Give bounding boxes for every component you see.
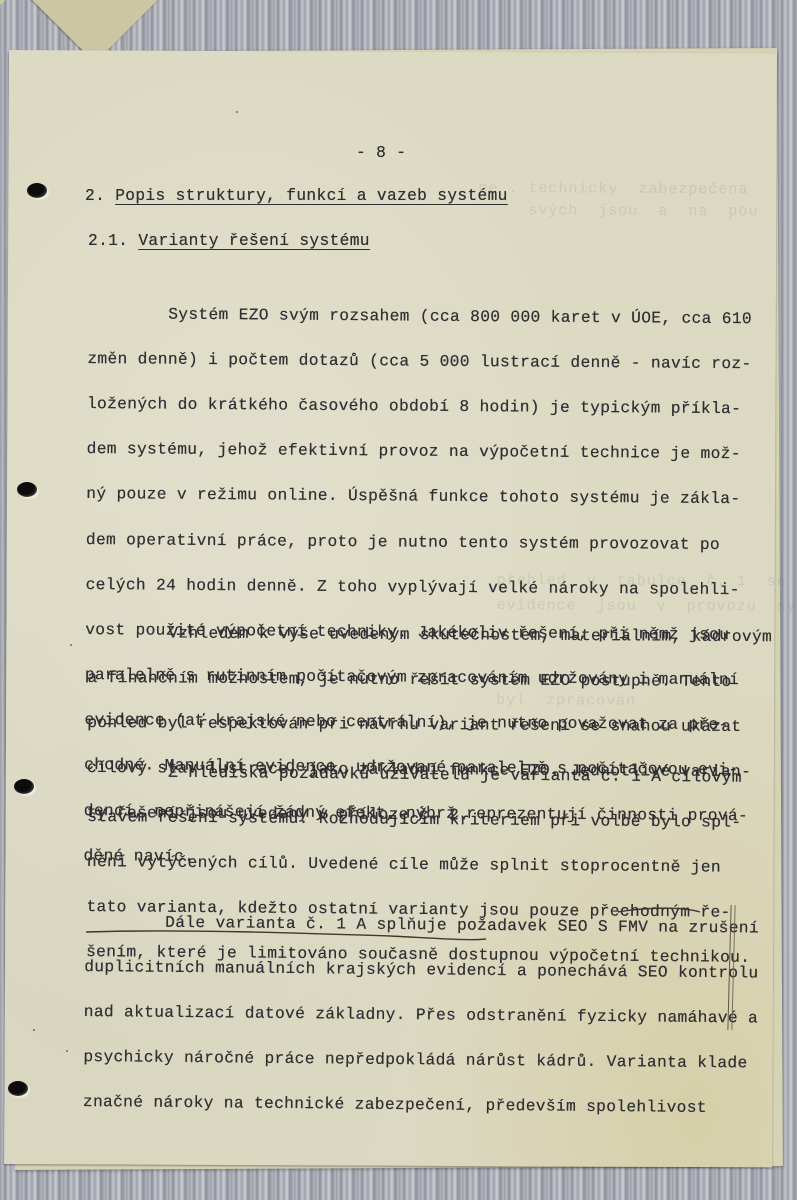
bleed-through-text: svých jsou a na pou — [508, 202, 758, 220]
paper-speck — [70, 644, 72, 646]
text-line: a finančním možnostem, je nutno řešit sy… — [87, 667, 771, 694]
punch-hole — [14, 779, 34, 794]
text-line: duplicitních manuálních krajských eviden… — [84, 956, 758, 985]
page-number: - 8 - — [356, 142, 406, 165]
text-line: stavem řešení systému. Rozhodujícím krit… — [87, 806, 751, 834]
paper-speck — [33, 1029, 35, 1031]
subsection-heading: 2.1. Varianty řešení systému — [88, 230, 370, 253]
text-line: ložených do krátkého časového období 8 h… — [87, 393, 751, 421]
paper-speck — [236, 111, 238, 113]
text-line: dem systému, jehož efektivní provoz na v… — [87, 438, 751, 466]
punch-hole — [27, 183, 47, 198]
background-card-corner — [0, 0, 20, 20]
subsection-number: 2.1. — [88, 232, 128, 250]
text-line: Z hlediska požadavků uživatelů je varian… — [88, 761, 752, 789]
punch-hole — [17, 482, 37, 497]
punch-hole — [8, 1081, 28, 1096]
subsection-title: Varianty řešení systému — [138, 232, 369, 250]
text-line: ný pouze v režimu online. Úspěšná funkce… — [86, 483, 750, 511]
paragraph-4: Dále varianta č. 1 A splňuje požadavek S… — [83, 888, 760, 1143]
section-heading: 2. Popis struktury, funkcí a vazeb systé… — [85, 185, 508, 208]
text-line: Vzhledem k výše uvedeným skutečnostem, m… — [88, 622, 772, 649]
text-line: dem operativní práce, proto je nutno ten… — [86, 529, 750, 557]
text-line: nad aktualizací datové základny. Přes od… — [84, 1001, 758, 1030]
text-line: značné nároky na technické zabezpečení, … — [83, 1091, 757, 1120]
section-number: 2. — [85, 187, 105, 205]
text-line: pohled byl respektován při návrhu varian… — [87, 712, 771, 739]
bleed-through-text: ne . technicky zabezpečena — [478, 180, 748, 198]
text-line: psychicky náročné práce nepředpokládá ná… — [83, 1046, 757, 1075]
text-line: nění vytýčených cílů. Uvedené cíle může … — [87, 851, 751, 879]
text-line: celých 24 hodin denně. Z toho vyplývají … — [86, 574, 750, 602]
text-line: Dále varianta č. 1 A splňuje požadavek S… — [85, 911, 759, 940]
paper-speck — [66, 1050, 68, 1052]
section-title: Popis struktury, funkcí a vazeb systému — [115, 187, 508, 205]
text-line: Systém EZO svým rozsahem (cca 800 000 ka… — [88, 303, 752, 331]
text-line: změn denně) i počtem dotazů (cca 5 000 l… — [87, 348, 751, 376]
